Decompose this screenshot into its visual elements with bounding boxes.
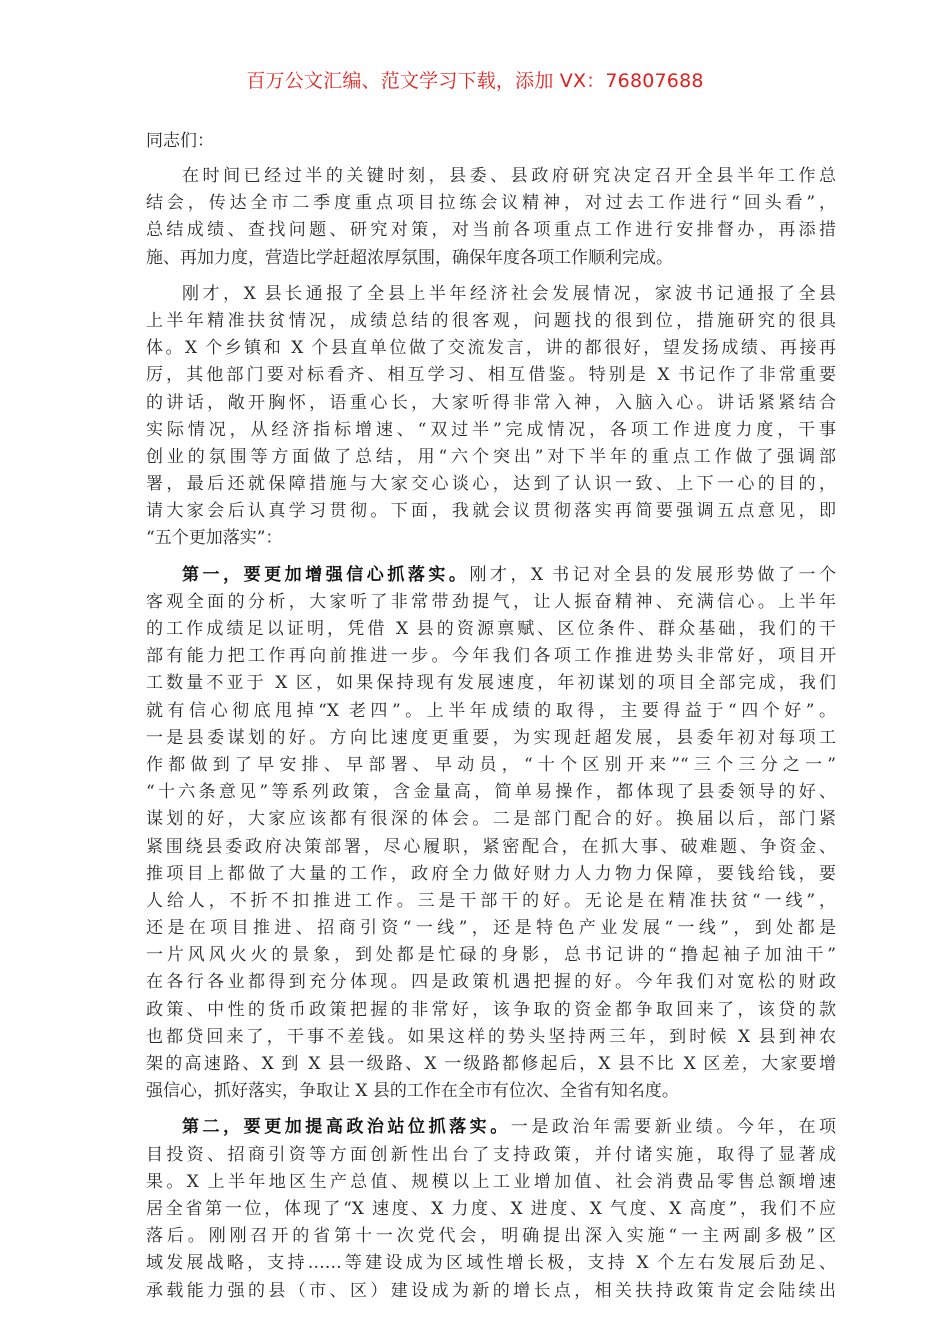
text-line: 总结成绩、查找问题、研究对策，对当前各项重点工作进行安排督办，再添措: [146, 217, 836, 244]
text-line: 就有信心彻底甩掉“X 老四”。上半年成绩的取得，主要得益于“四个好”。: [146, 698, 836, 725]
text-line: 署，最后还就保障措施与大家交心谈心，达到了认识一致、上下一心的目的，: [146, 471, 836, 498]
text-line: 域发展战略，支持……等建设成为区域性增长极，支持 X 个左右发展后劲足、: [146, 1250, 836, 1277]
text-line: 创业的氛围等方面做了总结，用“六个突出”对下半年的重点工作做了强调部: [146, 444, 836, 471]
text-line: 架的高速路、X 到 X 县一级路、X 一级路都修起后，X 县不比 X 区差，大家…: [146, 1051, 836, 1078]
paragraph-point-one: 第一，要更加增强信心抓落实。刚才，X 书记对全县的发展形势做了一个 客观全面的分…: [146, 562, 836, 1106]
text-run: 一是政治年需要新业绩。今年，在项: [511, 1117, 836, 1137]
text-line: 作都做到了早安排、早部署、早动员，“十个区别开来”“三个三分之一”: [146, 752, 836, 779]
paragraph-point-two: 第二，要更加提高政治站位抓落实。一是政治年需要新业绩。今年，在项 目投资、招商引…: [146, 1114, 836, 1304]
text-line: 厉，其他部门要对标看齐、相互学习、相互借鉴。特别是 X 书记作了非常重要: [146, 362, 836, 389]
text-line: 结会，传达全市二季度重点项目拉练会议精神，对过去工作进行“回头看”，: [146, 190, 836, 217]
text-line: 刚才，X 县长通报了全县上半年经济社会发展情况，家波书记通报了全县: [146, 281, 836, 308]
section-heading: 第一，要更加增强信心抓落实。: [182, 565, 469, 585]
text-line: 一片风风火火的景象，到处都是忙碌的身影，总书记讲的“撸起袖子加油干”: [146, 942, 836, 969]
text-line: 在时间已经过半的关键时刻，县委、县政府研究决定召开全县半年工作总: [146, 163, 836, 190]
text-line: 还是在项目推进、招商引资“一线”，还是特色产业发展“一线”，到处都是: [146, 915, 836, 942]
text-line: 推项目上都做了大量的工作，政府全力做好财力人力物力保障，要钱给钱，要: [146, 861, 836, 888]
text-line: 人给人，不折不扣推进工作。三是干部干的好。无论是在精准扶贫“一线”，: [146, 888, 836, 915]
text-run: 刚才，X 书记对全县的发展形势做了一个: [469, 565, 836, 585]
text-line: 第一，要更加增强信心抓落实。刚才，X 书记对全县的发展形势做了一个: [146, 562, 836, 589]
text-line: 政策、中性的货币政策把握的非常好，该争取的资金都争取回来了，该贷的款: [146, 997, 836, 1024]
text-line: 体。X 个乡镇和 X 个县直单位做了交流发言，讲的都很好，望发扬成绩、再接再: [146, 335, 836, 362]
text-line: 目投资、招商引资等方面创新性出台了支持政策，并付诸实施，取得了显著成: [146, 1142, 836, 1169]
text-line: 客观全面的分析，大家听了非常带劲提气，让人振奋精神、充满信心。上半年: [146, 589, 836, 616]
paragraph-intro: 在时间已经过半的关键时刻，县委、县政府研究决定召开全县半年工作总 结会，传达全市…: [146, 163, 836, 272]
text-line: 工数量不亚于 X 区，如果保持现有发展速度，年初谋划的项目全部完成，我们: [146, 670, 836, 697]
text-line: 紧围绕县委政府决策部署，尽心履职，紧密配合，在抓大事、破难题、争资金、: [146, 834, 836, 861]
text-line: 一是县委谋划的好。方向比速度更重要，为实现赶超发展，县委年初对每项工: [146, 725, 836, 752]
text-line: 强信心，抓好落实，争取让 X 县的工作在全市有位次、全省有知名度。: [146, 1078, 836, 1105]
text-line: 在各行各业都得到充分体现。四是政策机遇把握的好。今年我们对宽松的财政: [146, 969, 836, 996]
text-line: 的工作成绩足以证明，凭借 X 县的资源禀赋、区位条件、群众基础，我们的干: [146, 616, 836, 643]
text-line: 的讲话，敞开胸怀，语重心长，大家听得非常入神，入脑入心。讲话紧紧结合: [146, 390, 836, 417]
text-line: “五个更加落实”：: [146, 525, 836, 552]
text-line: 落后。刚刚召开的省第十一次党代会，明确提出深入实施“一主两副多极”区: [146, 1223, 836, 1250]
document-page: 同志们： 在时间已经过半的关键时刻，县委、县政府研究决定召开全县半年工作总 结会…: [146, 128, 836, 1314]
watermark-banner: 百万公文汇编、范文学习下载，添加 VX：76807688: [0, 66, 950, 93]
text-line: 也都贷回来了，干事不差钱。如果这样的势头坚持两三年，到时候 X 县到神农: [146, 1024, 836, 1051]
paragraph-review: 刚才，X 县长通报了全县上半年经济社会发展情况，家波书记通报了全县 上半年精准扶…: [146, 281, 836, 553]
salutation: 同志们：: [146, 128, 836, 155]
section-heading: 第二，要更加提高政治站位抓落实。: [182, 1117, 511, 1137]
text-line: 上半年精准扶贫情况，成绩总结的很客观，问题找的很到位，措施研究的很具: [146, 308, 836, 335]
text-line: 居全省第一位，体现了“X 速度、X 力度、X 进度、X 气度、X 高度”，我们不…: [146, 1196, 836, 1223]
text-line: “十六条意见”等系列政策，含金量高，简单易操作，都体现了县委领导的好、: [146, 779, 836, 806]
text-line: 请大家会后认真学习贯彻。下面，我就会议贯彻落实再简要强调五点意见，即: [146, 498, 836, 525]
text-line: 谋划的好，大家应该都有很深的体会。二是部门配合的好。换届以后，部门紧: [146, 806, 836, 833]
text-line: 第二，要更加提高政治站位抓落实。一是政治年需要新业绩。今年，在项: [146, 1114, 836, 1141]
text-line: 实际情况，从经济指标增速、“双过半”完成情况，各项工作进度力度，干事: [146, 417, 836, 444]
text-line: 承载能力强的县（市、区）建设成为新的增长点，相关扶持政策肯定会陆续出: [146, 1278, 836, 1305]
text-line: 施、再加力度，营造比学赶超浓厚氛围，确保年度各项工作顺利完成。: [146, 245, 836, 272]
text-line: 果。X 上半年地区生产总值、规模以上工业增加值、社会消费品零售总额增速: [146, 1169, 836, 1196]
text-line: 部有能力把工作再向前推进一步。今年我们各项工作推进势头非常好，项目开: [146, 643, 836, 670]
